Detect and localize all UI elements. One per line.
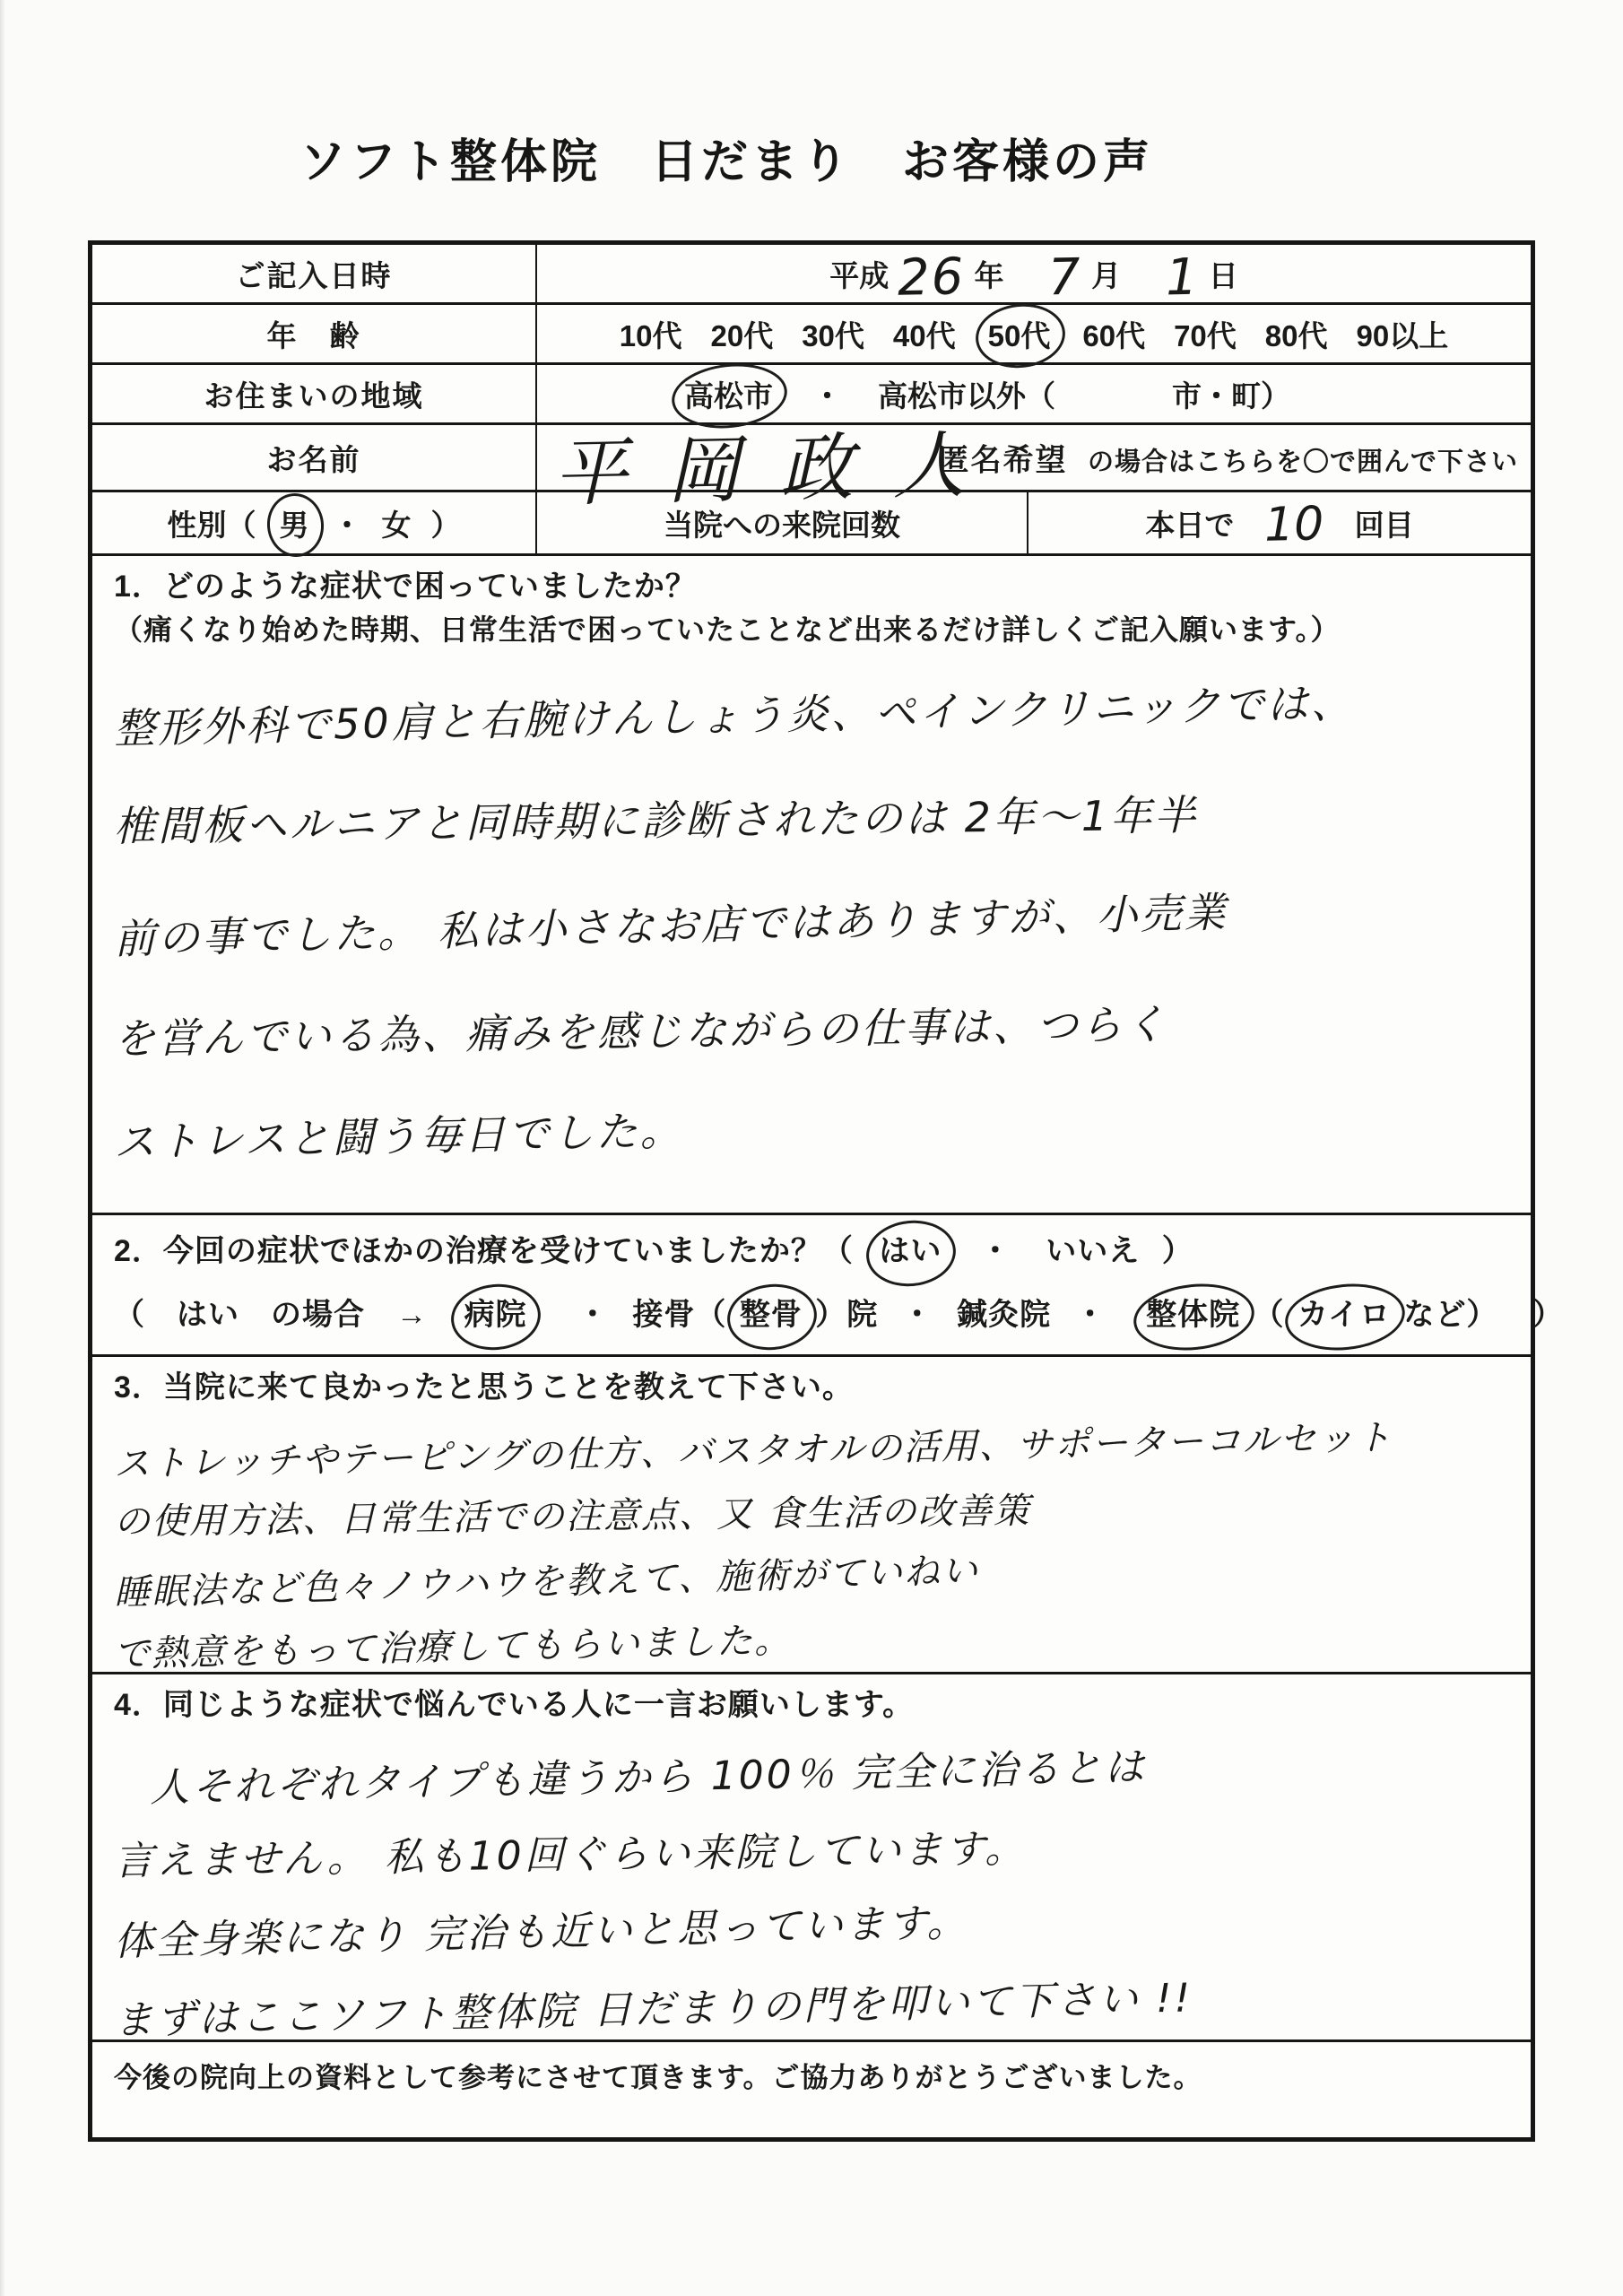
gender-option-female: 女 (382, 502, 412, 544)
gender-option-male-circled: 男 (276, 502, 313, 544)
dot-icon: ・ (577, 1298, 609, 1332)
section-4-heading: 4．同じような症状で悩んでいる人に一言お願いします。 (114, 1683, 1509, 1727)
visits-unit: 回目 (1355, 502, 1414, 544)
age-option-20s: 20代 (710, 313, 773, 355)
age-option-10s: 10代 (620, 313, 682, 355)
handwritten-answer-line: ストレスと闘う毎日でした。 (113, 1078, 685, 1196)
area-dot: ・ (812, 373, 842, 415)
age-options: 10代 20代 30代 40代 50代 60代 70代 80代 90以上 (537, 305, 1531, 362)
area-option-takamatsu-circled: 高松市 (681, 373, 777, 415)
anonymous-label: 匿名希望 (939, 444, 1068, 478)
visits-value-cell: 本日で 10 回目 (1028, 492, 1531, 553)
date-label: ご記入日時 (92, 245, 537, 302)
age-label: 年 齢 (92, 305, 537, 362)
footer-note-row: 今後の院向上の資料として参考にさせて頂きます。ご協力ありがとうございました。 (92, 2042, 1531, 2137)
anonymous-note: 匿名希望 の場合はこちらを〇で囲んで下さい (939, 436, 1518, 480)
handwritten-visit-count: 10 (1264, 497, 1324, 552)
name-label: お名前 (92, 425, 537, 490)
name-value: 平岡政人 匿名希望 の場合はこちらを〇で囲んで下さい (537, 425, 1531, 490)
name-row: お名前 平岡政人 匿名希望 の場合はこちらを〇で囲んで下さい (92, 425, 1531, 492)
kairo-suffix: など） (1403, 1298, 1497, 1332)
month-unit: 月 (1091, 253, 1121, 295)
handwritten-answer-line: 椎間板ヘルニアと同時期に診断されたのは 2年〜1年半 (113, 763, 1198, 880)
yes-no-dot: ・ (980, 1234, 1011, 1268)
area-label: お住まいの地域 (92, 365, 537, 422)
section-2-line2: （ はい の場合 → 病院 ・ 接骨（ 整骨 ）院 ・ 鍼灸院 ・ 整体院 （ … (114, 1293, 1509, 1337)
handwritten-answer-line: 整形外科で50肩と右腕けんしょう炎、ペインクリニックでは、 (113, 650, 1356, 781)
scan-shadow-edge (0, 0, 5, 2296)
if-yes-label: （ はい の場合 → (114, 1298, 428, 1332)
footer-note: 今後の院向上の資料として参考にさせて頂きます。ご協力ありがとうございました。 (114, 2055, 1202, 2095)
feedback-form-table: ご記入日時 平成 26 年 7 月 1 日 年 齢 10代 20代 30代 40… (88, 240, 1535, 2142)
section-2-line1: 2．今回の症状でほかの治療を受けていましたか？（ はい ・ いいえ ） (114, 1230, 1509, 1274)
age-option-60s: 60代 (1082, 313, 1145, 355)
section-2-question: 2．今回の症状でほかの治療を受けていましたか？（ (114, 1234, 854, 1268)
handwritten-year: 26 (898, 248, 967, 308)
area-other-suffix: 市・町） (1172, 373, 1290, 415)
handwritten-day: 1 (1165, 248, 1200, 307)
gender-label-open: 性別（ (168, 502, 256, 544)
dot-icon: ・ (902, 1298, 933, 1332)
age-option-70s: 70代 (1174, 313, 1237, 355)
section-2-close: ） (1162, 1234, 1193, 1268)
section-2-other-treatments: 2．今回の症状でほかの治療を受けていましたか？（ はい ・ いいえ ） （ はい… (92, 1215, 1531, 1357)
section-4-message: 4．同じような症状で悩んでいる人に一言お願いします。 人それぞれタイプも違うから… (92, 1674, 1531, 2042)
treatment-seikotsu-circled: 整骨 (736, 1293, 806, 1337)
visits-prefix: 本日で (1145, 502, 1234, 544)
page-title: ソフト整体院 日だまり お客様の声 (0, 124, 1453, 191)
year-unit: 年 (974, 253, 1003, 295)
age-option-50s-circled: 50代 (985, 313, 1055, 355)
section-1-subheading: （痛くなり始めた時期、日常生活で困っていたことなど出来るだけ詳しくご記入願います… (114, 609, 1509, 650)
anonymous-instruction: の場合はこちらを〇で囲んで下さい (1088, 448, 1518, 477)
scanned-feedback-form: { "title": "ソフト整体院 日だまり お客様の声", "rows": … (0, 0, 1623, 2296)
handwritten-answer-line: 体全身楽になり 完治も近いと思っています。 (113, 1884, 969, 1980)
section-1-heading: 1．どのような症状で困っていましたか？ (114, 565, 1509, 609)
handwritten-answer-line: を営んでいる為、痛みを感じながらの仕事は、つらく (113, 971, 1169, 1091)
gender-label-close: ） (431, 502, 461, 544)
treatment-seitai-circled: 整体院 (1142, 1293, 1244, 1337)
kairo-open: （ (1254, 1298, 1285, 1332)
date-row: ご記入日時 平成 26 年 7 月 1 日 (92, 245, 1531, 305)
gender-dot: ・ (333, 502, 362, 544)
treatment-kairo-circled: カイロ (1294, 1293, 1394, 1337)
treatment-shinkyu: 鍼灸院 (957, 1298, 1051, 1332)
treatment-hospital-circled: 病院 (460, 1293, 530, 1337)
section-3-heading: 3．当院に来て良かったと思うことを教えて下さい。 (114, 1366, 1509, 1410)
date-value: 平成 26 年 7 月 1 日 (537, 245, 1531, 302)
gender-cell: 性別（ 男 ・ 女 ） (92, 492, 537, 553)
section-3-good-points: 3．当院に来て良かったと思うことを教えて下さい。 ストレッチやテーピングの仕方、… (92, 1357, 1531, 1674)
answer-no: いいえ (1046, 1234, 1140, 1268)
section-1-symptoms: 1．どのような症状で困っていましたか？ （痛くなり始めた時期、日常生活で困ってい… (92, 556, 1531, 1215)
day-unit: 日 (1209, 253, 1238, 295)
age-option-30s: 30代 (802, 313, 864, 355)
age-row: 年 齢 10代 20代 30代 40代 50代 60代 70代 80代 90以上 (92, 305, 1531, 365)
age-option-80s: 80代 (1265, 313, 1328, 355)
age-option-40s: 40代 (893, 313, 956, 355)
line2-close: ） (1532, 1298, 1564, 1332)
age-option-90plus: 90以上 (1357, 313, 1449, 355)
treatment-sekkotsu-suffix: ）院 (815, 1298, 878, 1332)
handwritten-month: 7 (1048, 248, 1083, 307)
dot-icon: ・ (1075, 1298, 1107, 1332)
era-label: 平成 (829, 253, 889, 295)
answer-yes-circled: はい (875, 1230, 945, 1274)
treatment-sekkotsu-prefix: 接骨（ (632, 1298, 726, 1332)
